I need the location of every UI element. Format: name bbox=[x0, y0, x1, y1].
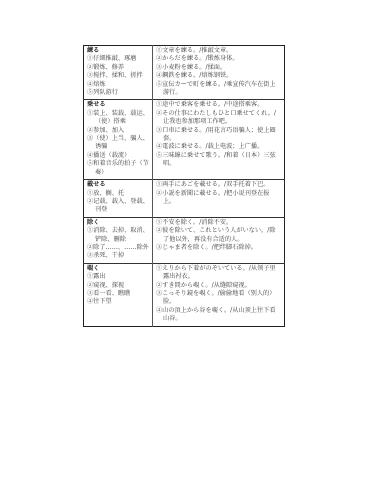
meaning: ②参加、加入 bbox=[87, 127, 149, 135]
meaning: ⑤和着音乐的拍子（节奏） bbox=[87, 160, 149, 177]
meaning: ④往下望 bbox=[87, 298, 149, 306]
meaning: ③杀死、干掉 bbox=[87, 252, 149, 260]
example-sentence: ①えりから下着がのぞいている。/从领子里露出衬衣。 bbox=[156, 265, 281, 282]
example-sentence: ③口車に乗せる。/用花言巧语骗人；使上圈套。 bbox=[156, 127, 281, 144]
example-sentence: ①途中で乗客を乗せる。/中途搭乘客。 bbox=[156, 101, 281, 109]
example-sentence: ③小麦粉を練る。/揉面。 bbox=[156, 64, 281, 72]
example-sentence: ⑤三味線に乗せて歌う。/和着（日本）三弦唱。 bbox=[156, 152, 281, 169]
examples-cell: ①不安を除く。/消除不安。②彼を除いて、これという人がいない。/除了他以外，再没… bbox=[153, 217, 285, 263]
meaning: ②记载、载入、登载、刊登 bbox=[87, 198, 149, 215]
word-meanings-cell: 載せる①放、搁、托②记载、载入、登载、刊登 bbox=[84, 180, 153, 218]
example-sentence: ②すき間から覗く。/从缝隙窥视。 bbox=[156, 282, 281, 290]
meaning: ①仔細推敲、琢磨 bbox=[87, 55, 149, 63]
table-row: 乗せる①装上、装载、载运、（使）搭乘②参加、加入③（使）上当、骗人、诱骗④播送（… bbox=[84, 100, 285, 180]
meaning: ①消除、去掉、取消、铲除、删除 bbox=[87, 227, 149, 244]
word-meanings-cell: 除く①消除、去掉、取消、铲除、删除②除了……、……除外③杀死、干掉 bbox=[84, 217, 153, 263]
example-sentence: ②からだを練る。/锻炼身体。 bbox=[156, 55, 281, 63]
word-meanings-cell: 乗せる①装上、装载、载运、（使）搭乘②参加、加入③（使）上当、骗人、诱骗④播送（… bbox=[84, 100, 153, 180]
meaning: ④熔炼 bbox=[87, 81, 149, 89]
example-sentence: ③じゃま者を除く。/把绊脚石除掉。 bbox=[156, 244, 281, 252]
examples-cell: ①文章を練る。/推敲文章。②からだを練る。/锻炼身体。③小麦粉を練る。/揉面。④… bbox=[153, 46, 285, 100]
table-row: 練る①仔細推敲、琢磨②锻炼、修养③搅拌、揉和、搓拌④熔炼⑤列队游行①文章を練る。… bbox=[84, 46, 285, 100]
word-meanings-cell: 練る①仔細推敲、琢磨②锻炼、修养③搅拌、揉和、搓拌④熔炼⑤列队游行 bbox=[84, 46, 153, 100]
example-sentence: ②彼を除いて、これという人がいない。/除了他以外，再没有合适的人。 bbox=[156, 227, 281, 244]
headword: 乗せる bbox=[87, 101, 149, 109]
meaning: ①露出 bbox=[87, 273, 149, 281]
meaning: ②窥视、探视 bbox=[87, 282, 149, 290]
example-sentence: ①両手にあごを載せる。/双手托着下巴。 bbox=[156, 181, 281, 189]
examples-cell: ①途中で乗客を乗せる。/中途搭乘客。②その仕事にわたしもひと口乗せてくれ。/让我… bbox=[153, 100, 285, 180]
example-sentence: ②小説を新聞に載せる。/把小说刊登在报上。 bbox=[156, 190, 281, 207]
table-row: 除く①消除、去掉、取消、铲除、删除②除了……、……除外③杀死、干掉①不安を除く。… bbox=[84, 217, 285, 263]
table-row: 覗く①露出②窥视、探视③看一看、瞧瞧④往下望①えりから下着がのぞいている。/从领… bbox=[84, 263, 285, 326]
word-meanings-cell: 覗く①露出②窥视、探视③看一看、瞧瞧④往下望 bbox=[84, 263, 153, 326]
example-sentence: ③こっそり鏡を覗く。/偷偷地看（别人的）脸。 bbox=[156, 290, 281, 307]
headword: 除く bbox=[87, 219, 149, 227]
table-row: 載せる①放、搁、托②记载、载入、登载、刊登①両手にあごを載せる。/双手托着下巴。… bbox=[84, 180, 285, 218]
example-sentence: ②その仕事にわたしもひと口乗せてくれ。/让我也参加那项工作吧。 bbox=[156, 110, 281, 127]
meaning: ⑤列队游行 bbox=[87, 89, 149, 97]
meaning: ②锻炼、修养 bbox=[87, 64, 149, 72]
headword: 覗く bbox=[87, 265, 149, 273]
vocabulary-table: 練る①仔細推敲、琢磨②锻炼、修养③搅拌、揉和、搓拌④熔炼⑤列队游行①文章を練る。… bbox=[83, 45, 285, 327]
example-sentence: ⑤宣伝カーで町を練る。/乘宣传汽车在街上游行。 bbox=[156, 81, 281, 98]
example-sentence: ④山の頂上から谷を覗く。/从山顶上往下看山谷。 bbox=[156, 307, 281, 324]
meaning: ③（使）上当、骗人、诱骗 bbox=[87, 135, 149, 152]
meaning: ①装上、装载、载运、（使）搭乘 bbox=[87, 110, 149, 127]
example-sentence: ①不安を除く。/消除不安。 bbox=[156, 219, 281, 227]
example-sentence: ④鋼鉄を練る。/熔炼钢铁。 bbox=[156, 72, 281, 80]
meaning: ①放、搁、托 bbox=[87, 190, 149, 198]
headword: 載せる bbox=[87, 181, 149, 189]
examples-cell: ①両手にあごを載せる。/双手托着下巴。②小説を新聞に載せる。/把小说刊登在报上。 bbox=[153, 180, 285, 218]
example-sentence: ④電波に乗せる。/载上电波；上广播。 bbox=[156, 143, 281, 151]
examples-cell: ①えりから下着がのぞいている。/从领子里露出衬衣。②すき間から覗く。/从缝隙窥视… bbox=[153, 263, 285, 326]
meaning: ③搅拌、揉和、搓拌 bbox=[87, 72, 149, 80]
